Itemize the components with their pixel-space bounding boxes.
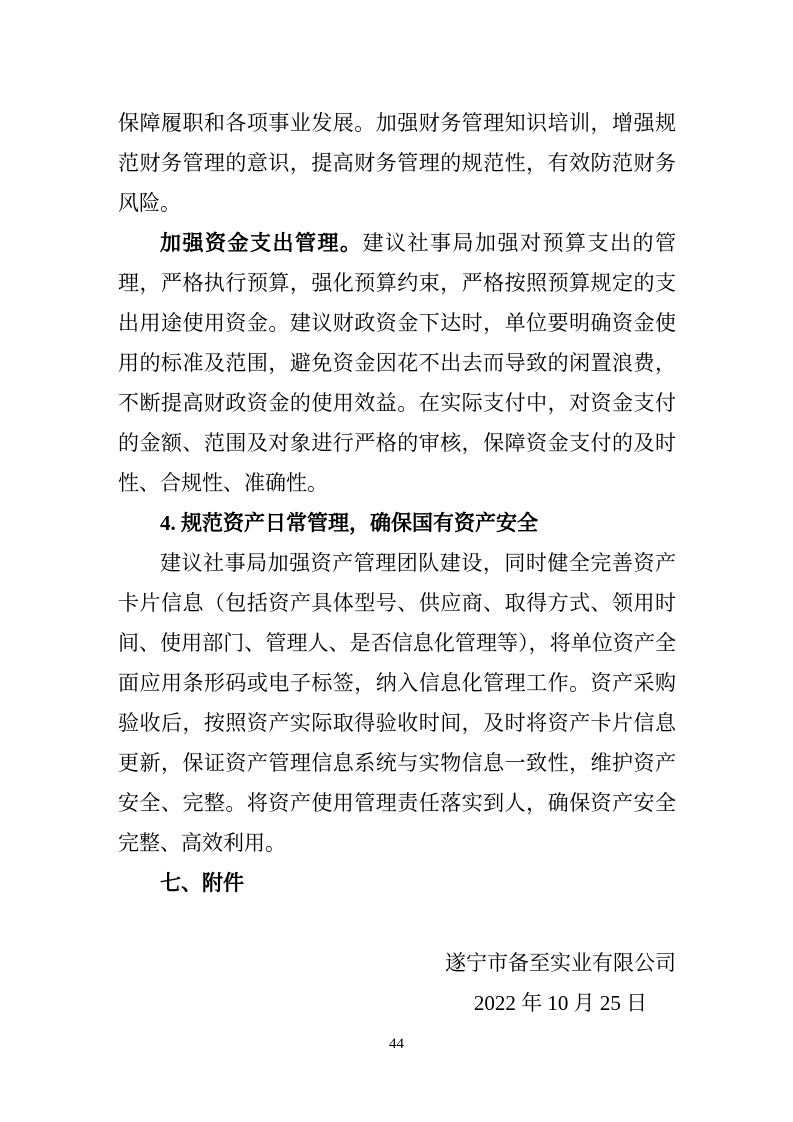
paragraph-financial-management: 保障履职和各项事业发展。加强财务管理知识培训，增强规范财务管理的意识，提高财务管… <box>118 103 676 223</box>
text-run-bold: 七、附件 <box>160 871 244 895</box>
document-page: 保障履职和各项事业发展。加强财务管理知识培训，增强规范财务管理的意识，提高财务管… <box>0 0 793 1122</box>
signature-date: 2022 年 10 月 25 日 <box>445 983 676 1023</box>
document-body: 保障履职和各项事业发展。加强财务管理知识培训，增强规范财务管理的意识，提高财务管… <box>118 103 676 1023</box>
page-number: 44 <box>0 1034 793 1054</box>
text-run: 建议社事局加强对预算支出的管理，严格执行预算，强化预算约束，严格按照预算规定的支… <box>118 231 676 495</box>
paragraph-asset-management: 建议社事局加强资产管理团队建设，同时健全完善资产卡片信息（包括资产具体型号、供应… <box>118 543 676 863</box>
signature-company: 遂宁市备至实业有限公司 <box>445 943 676 983</box>
heading-attachment: 七、附件 <box>118 863 676 903</box>
text-run-bold: 加强资金支出管理。 <box>160 231 363 255</box>
signature-block: 遂宁市备至实业有限公司2022 年 10 月 25 日 <box>445 943 676 1023</box>
heading-section-4: 4. 规范资产日常管理，确保国有资产安全 <box>118 503 676 543</box>
paragraph-fund-expenditure: 加强资金支出管理。建议社事局加强对预算支出的管理，严格执行预算，强化预算约束，严… <box>118 223 676 503</box>
text-run: 保障履职和各项事业发展。加强财务管理知识培训，增强规范财务管理的意识，提高财务管… <box>118 111 676 215</box>
text-run: 建议社事局加强资产管理团队建设，同时健全完善资产卡片信息（包括资产具体型号、供应… <box>118 551 676 855</box>
text-run-bold: 4. 规范资产日常管理，确保国有资产安全 <box>160 511 538 535</box>
